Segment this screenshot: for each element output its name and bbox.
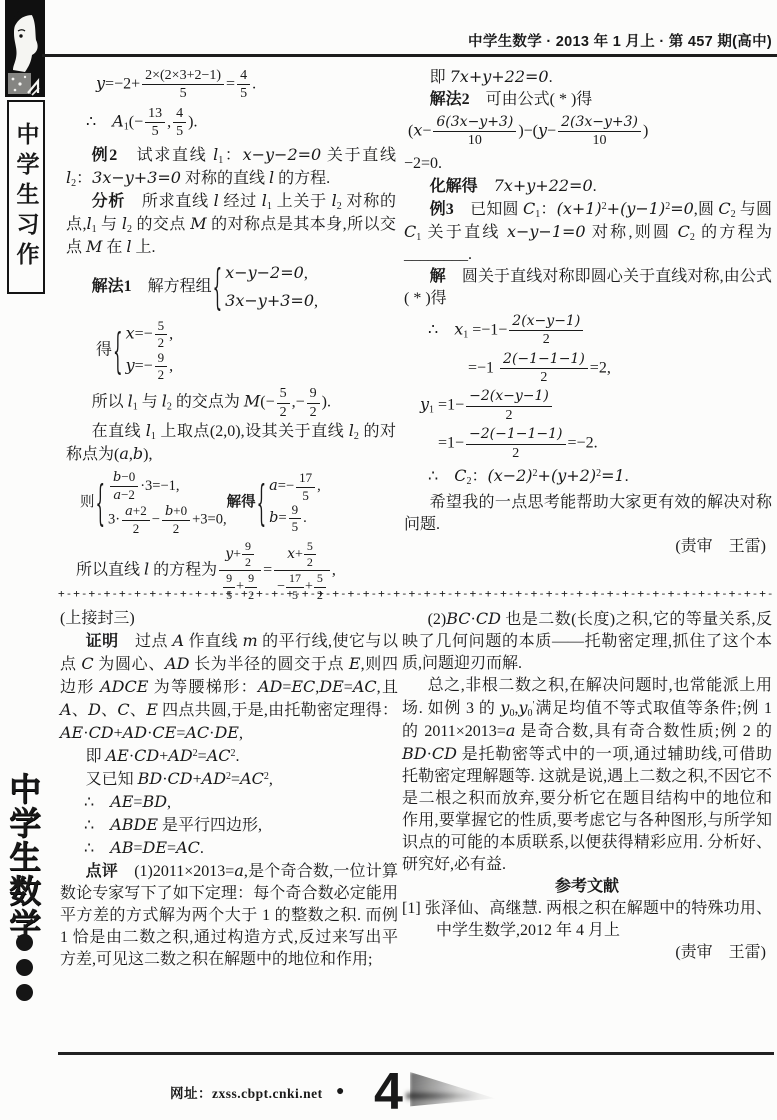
paragraph-intersection: 所以 l1 与 l2 的交点为 M(−52,−92). <box>66 386 396 420</box>
equation-ab-de-ac: ∴ AB=DE=AC. <box>84 837 398 860</box>
reference-item-1: [1] 张泽仙、高继慧. 两根之积在解题中的特殊功用、中学生数学,2012 年 … <box>402 898 772 942</box>
paragraph-method1: 解法1 解方程组{x−y−2=0,3x−y+3=0, <box>66 259 396 315</box>
sidebar-column-title-box: 中学生习作 <box>7 100 45 294</box>
reviewer-credit-bottom: (责审 王雷) <box>402 942 772 964</box>
equation-system-solution: 得{x=−52,y=−92, <box>96 319 396 382</box>
section-divider: +-+-+-+-+-+-+-+-+-+-+-+-+-+-+-+-+-+-+-+-… <box>58 587 772 601</box>
page-number-smudge <box>406 1091 478 1101</box>
paragraph-solution: 解 圆关于直线对称即圆心关于直线对称,由公式( * )得 <box>404 266 772 310</box>
equation-formula-star: (x−6(3x−y+3)10)−(y−2(3x−y+3)10) <box>408 115 772 149</box>
site-url: 网址：zxss.cbpt.cnki.net <box>170 1082 323 1102</box>
paragraph-comment: 点评 (1)2011×2013=a,是个奇合数,一位计算数论专家写下了如下定理：… <box>60 860 398 971</box>
woodcut-illustration <box>5 0 45 97</box>
paragraph-simplify: 化解得 7x+y+22=0. <box>404 175 772 198</box>
equation-result1: 即 7x+y+22=0. <box>404 66 772 89</box>
equation-a1-y: y=−2+2×(2×3+2−1)5=45. <box>96 68 396 102</box>
paragraph-continued-from: (上接封三) <box>60 608 398 630</box>
column-top-left: y=−2+2×(2×3+2−1)5=45. ∴ A1(−135,45). 例2 … <box>66 64 396 606</box>
page-number: 4 <box>374 1062 403 1120</box>
ink-dots <box>16 934 33 1009</box>
sidebar-column-title: 中学生习作 <box>10 122 43 272</box>
equation-then-solve: 则{b−0a−2·3=−1,3·a+22−b+02+3=0,解得{a=−175,… <box>80 470 396 536</box>
header-rule <box>42 54 777 57</box>
reviewer-credit-top: (责审 王雷) <box>404 536 772 558</box>
magazine-page: 中学生习作 中学生数学 中学生数学 · 2013 年 1 月上 · 第 457 … <box>0 0 777 1120</box>
equation-c2: ∴ C2：(x−2)2+(y+2)2=1. <box>428 465 772 488</box>
paragraph-parallelogram: ∴ ABDE 是平行四边形, <box>84 814 398 837</box>
equation-ptolemy2: 又已知 BD·CD+AD2=AC2, <box>60 768 398 791</box>
paragraph-method2: 解法2 可由公式( * )得 <box>404 89 772 111</box>
paragraph-summary: 总之,非根二数之积,在解决问题时,也常能派上用场. 如例 3 的 y0,y0′满… <box>402 675 772 876</box>
paragraph-analysis: 分析 所求直线 l 经过 l1 上关于 l2 对称的点,l1 与 l2 的交点 … <box>66 190 396 259</box>
woodcut-girl-image <box>5 0 45 97</box>
ink-dot <box>16 934 33 951</box>
journal-calligraphy-title: 中学生数学 <box>4 772 46 942</box>
column-top-right: 即 7x+y+22=0. 解法2 可由公式( * )得 (x−6(3x−y+3)… <box>404 66 772 558</box>
footer-rule <box>58 1052 774 1055</box>
equation-y1-line2: =1−−2(−1−1−1)2=−2. <box>438 427 772 461</box>
paragraph-hope: 希望我的一点思考能帮助大家更有效的解决对称问题. <box>404 492 772 536</box>
column-bottom-right: (2)BC·CD 也是二数(长度)之积,它的等量关系,反映了几何问题的本质——托… <box>402 608 772 964</box>
equation-a1-point: ∴ A1(−135,45). <box>86 106 396 140</box>
equation-formula-star-tail: −2=0. <box>404 153 772 175</box>
ink-dot <box>16 959 33 976</box>
footer-bullet-icon: ● <box>336 1084 344 1100</box>
paragraph-example3: 例3 已知圆 C1：(x+1)2+(y−1)2=0,圆 C2 与圆 C1 关于直… <box>404 198 772 266</box>
journal-issue-line: 中学生数学 · 2013 年 1 月上 · 第 457 期(高中) <box>468 30 772 51</box>
equation-x1-line2: =−1 2(−1−1−1)2=2, <box>468 352 772 386</box>
equation-y1-line1: y1 =1−−2(x−y−1)2 <box>420 389 772 423</box>
equation-x1-line1: ∴ x1 =−1−2(x−y−1)2 <box>428 314 772 348</box>
paragraph-comment2: (2)BC·CD 也是二数(长度)之积,它的等量关系,反映了几何问题的本质——托… <box>402 608 772 675</box>
equation-ae-bd: ∴ AE=BD, <box>84 791 398 814</box>
equation-ptolemy1: 即 AE·CD+AD2=AC2. <box>60 745 398 768</box>
ink-dot <box>16 984 33 1001</box>
references-heading: 参考文献 <box>402 876 772 898</box>
column-bottom-left: (上接封三) 证明 过点 A 作直线 m 的平行线,使它与以点 C 为圆心、AD… <box>60 608 398 971</box>
paragraph-example2: 例2 试求直线 l1：x−y−2=0 关于直线 l2：3x−y+3=0 对称的直… <box>66 144 396 190</box>
paragraph-take-point: 在直线 l1 上取点(2,0),设其关于直线 l2 的对称点为(a,b), <box>66 420 396 466</box>
paragraph-proof: 证明 过点 A 作直线 m 的平行线,使它与以点 C 为圆心、AD 长为半径的圆… <box>60 630 398 745</box>
